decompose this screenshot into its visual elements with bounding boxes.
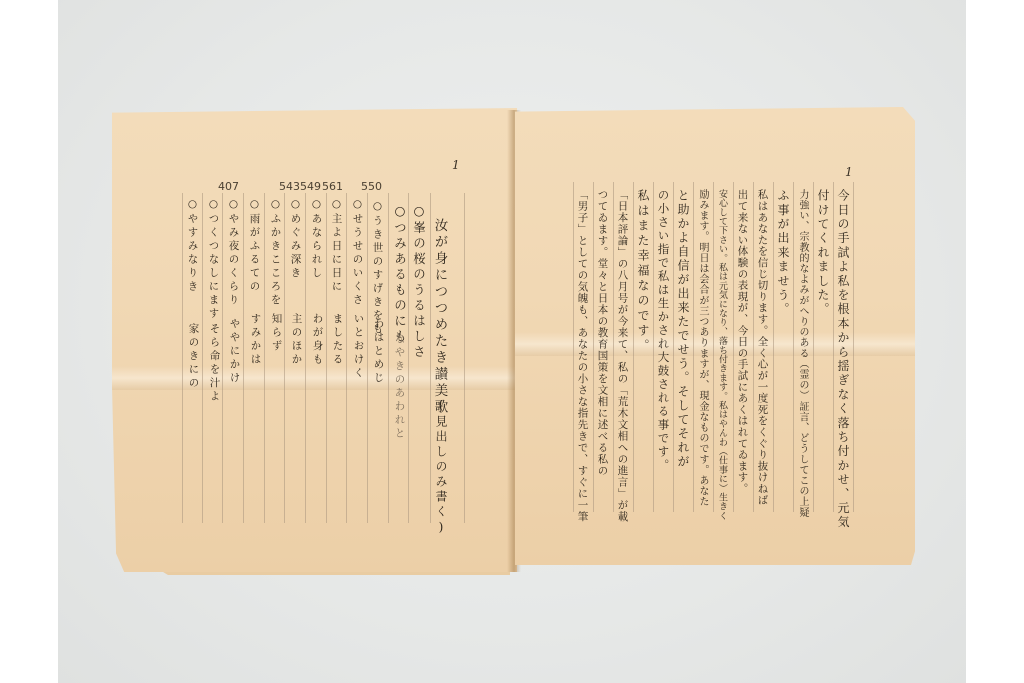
hymn-line-extra: 家のきにの (188, 323, 199, 391)
rule-line (284, 193, 285, 523)
fold-crease (112, 366, 517, 390)
page-number: 1 (452, 158, 460, 172)
rule-line (326, 193, 327, 523)
hymn-line-extra: なやきのあわれと (394, 333, 405, 441)
rule-line (346, 193, 347, 523)
rule-line (853, 182, 854, 512)
rule-line (222, 193, 223, 523)
rule-line (182, 193, 183, 523)
hymn-line: ○つみあるものにも (393, 203, 406, 345)
letter-line: 「日本評論」の八月号が今来て、私の「荒木文相への進言」が載 (617, 189, 628, 523)
rule-line (388, 193, 389, 523)
left-page: 1 汝が身につつめたき讃美歌 (見出しのみ書く) 550 561 549 543… (112, 108, 517, 572)
hymn-number: 550 (361, 180, 382, 193)
letter-line: 今日の手試よ私を根本から揺ぎなく落ち付かせ、元気 (837, 189, 849, 530)
letter-line: ふ事が出来ませう。 (777, 189, 789, 317)
rule-line (202, 193, 203, 523)
letter-line: 出て来ない体験の表現が、今日の手試にあくはれてゐます。 (737, 189, 748, 494)
fold-crease (515, 332, 915, 356)
letter-line: 安心して下さい。私は元気になり、落ち付きます。私はやんわ（仕事に）生きく (717, 189, 726, 520)
hymn-line: ○ふかきこころを (270, 198, 281, 308)
hymn-number: 407 (218, 180, 239, 193)
hymn-line: ○めぐみ深き (290, 198, 301, 281)
hymn-line-extra: すみかは (250, 313, 261, 367)
hymn-line-extra: いとおけく (353, 313, 364, 381)
rule-line (633, 182, 634, 512)
hymn-line: ○うき世のすげきをも (372, 200, 383, 337)
rule-line (243, 193, 244, 523)
letter-line: つてゐます。堂々と日本の教育国策を文相に述べる私の (597, 189, 608, 477)
hymn-line-extra: 主のほか (291, 313, 302, 367)
letter-line: 付けてくれました。 (817, 189, 829, 317)
hymn-line: ○あなられし (311, 198, 322, 281)
rule-line (264, 193, 265, 523)
rule-line (367, 193, 368, 523)
rule-line (653, 182, 654, 512)
hymn-line-extra: そら命を汁よ (209, 323, 220, 404)
rule-line (693, 182, 694, 512)
hymn-number: 543 (279, 180, 300, 193)
hymn-list-subtitle: (見出しのみ書く) (435, 398, 447, 537)
hymn-line-extra: わはとめじ (373, 318, 384, 386)
hymn-list-title: 汝が身につつめたき讃美歌 (432, 218, 446, 416)
page-number: 1 (845, 165, 853, 179)
right-page: 1 今日の手試よ私を根本から揺ぎなく落ち付かせ、元気 付けてくれました。 力強い… (515, 107, 915, 565)
letter-line: と助かよ自信が出来たでせう。そしてそれが (677, 189, 689, 469)
rule-line (408, 193, 409, 523)
rule-line (305, 193, 306, 523)
rule-line (573, 182, 574, 512)
hymn-line: ○峯の桜のうるはしさ (412, 203, 425, 361)
letter-line: 私はまた幸福なのです。 (637, 189, 649, 354)
hymn-number: 561 (322, 180, 343, 193)
rule-line (430, 193, 431, 523)
letter-line: 励みます。明日は会合が三つありますが、現金なものです。あなた (697, 189, 707, 507)
hymn-line: ○やみ夜のくらり (228, 198, 239, 308)
rule-line (753, 182, 754, 512)
rule-line (613, 182, 614, 512)
letter-line: 力強い、宗教的なよみがへりのある（霊の）証言、どうしてこの上疑 (797, 189, 807, 518)
rule-line (813, 182, 814, 512)
hymn-line-extra: 知らず (271, 313, 282, 354)
rule-line (593, 182, 594, 512)
letter-line: 「男子」としての気魄も、あなたの小さな指先きで、すぐに一筆 (577, 189, 588, 523)
hymn-line: ○つくつなしにます (208, 198, 219, 321)
hymn-line-extra: ややにかけ (229, 318, 240, 386)
rule-line (733, 182, 734, 512)
rule-line (464, 193, 465, 523)
hymn-line: ○主よ日に日に (331, 198, 342, 294)
letter-line: の小さい指で私は生かされ大鼓される事です。 (657, 189, 669, 473)
hymn-line: ○雨がふるての (249, 198, 260, 294)
rule-line (833, 182, 834, 512)
hymn-number: 549 (300, 180, 321, 193)
hymn-line: ○やすみなりき (187, 198, 198, 294)
rule-line (673, 182, 674, 512)
rule-line (773, 182, 774, 512)
hymn-line-extra: ましたる (332, 313, 343, 367)
rule-line (793, 182, 794, 512)
hymn-line-extra: わが身も (312, 313, 323, 367)
hymn-line: ○せうせのいくさ (352, 198, 363, 308)
letter-line: 私はあなたを信じ切ります。全く心が一度死をくぐり抜けねば (757, 189, 768, 505)
rule-line (713, 182, 714, 512)
